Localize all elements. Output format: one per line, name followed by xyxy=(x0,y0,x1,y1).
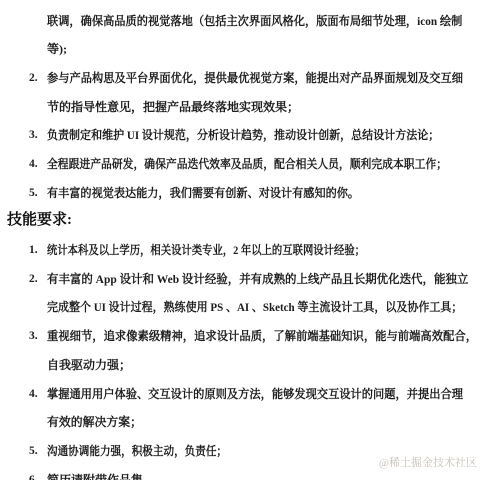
skill-line: 简历请附带作品集 xyxy=(47,473,143,480)
skill-line: 沟通协调能力强，积极主动，负责任； xyxy=(47,444,227,459)
skill-line: 有效的解决方案； xyxy=(47,415,142,430)
skill-line: 掌握通用用户体验、交互设计的原则及方法，能够发现交互设计的问题，并提出合理 xyxy=(47,387,463,402)
list-number: 1. xyxy=(29,243,46,258)
duty-continuation-line: 联调，确保高品质的视觉落地（包括主次界面风格化，版面布局细节处理，icon 绘制 xyxy=(47,14,462,29)
skill-line: 自我驱动力强； xyxy=(47,358,131,373)
list-number: 3. xyxy=(29,128,46,143)
document-page: 联调，确保高品质的视觉落地（包括主次界面风格化，版面布局细节处理，icon 绘制… xyxy=(0,0,480,480)
list-number: 2. xyxy=(29,272,46,287)
list-number: 3. xyxy=(29,329,46,344)
duty-line: 有丰富的视觉表达能力，我们需要有创新、对设计有感知的你。 xyxy=(47,186,359,201)
duty-line: 参与产品构思及平台界面优化，提供最优视觉方案，能提出对产品界面规划及交互细 xyxy=(47,71,463,86)
skill-line: 有丰富的 App 设计和 Web 设计经验，并有成熟的上线产品且长期优化迭代，能… xyxy=(47,272,468,287)
list-number: 5. xyxy=(29,444,46,459)
watermark: @稀土掘金技术社区 xyxy=(379,457,477,470)
skill-line: 统计本科及以上学历，相关设计类专业，2 年以上的互联网设计经验； xyxy=(47,243,365,258)
duty-line: 节的指导性意见，把握产品最终落地实现效果； xyxy=(47,100,299,115)
list-number: 4. xyxy=(29,387,46,402)
list-number: 2. xyxy=(29,71,46,86)
section-heading: 技能要求: xyxy=(7,212,72,229)
skill-line: 完成整个 UI 设计过程，熟练使用 PS 、AI 、Sketch 等主流设计工具… xyxy=(47,300,462,315)
list-number: 4. xyxy=(29,157,46,172)
duty-continuation-line: 等); xyxy=(47,42,67,57)
list-number: 5. xyxy=(29,186,46,201)
list-number: 6. xyxy=(29,473,46,480)
skill-line: 重视细节，追求像素级精神，追求设计品质，了解前端基础知识，能与前端高效配合， xyxy=(47,329,477,344)
duty-line: 全程跟进产品研发，确保产品迭代效率及品质，配合相关人员，顺利完成本职工作； xyxy=(47,157,447,172)
duty-line: 负责制定和维护 UI 设计规范，分析设计趋势，推动设计创新，总结设计方法论； xyxy=(47,128,439,143)
